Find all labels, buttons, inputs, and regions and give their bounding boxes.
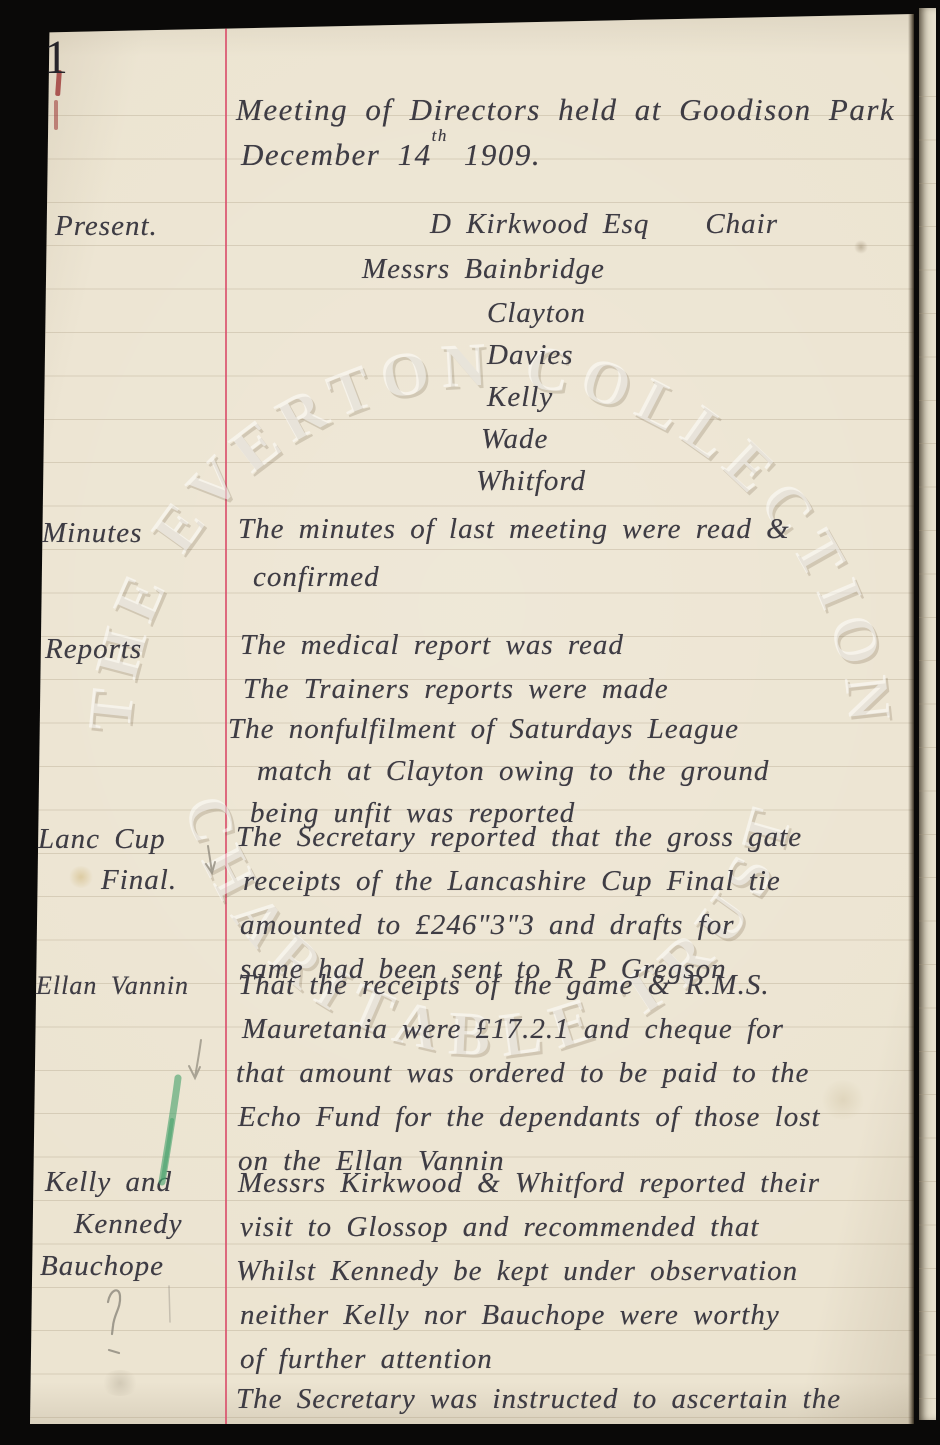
kelly-kennedy-body-line: neither Kelly nor Bauchope were worthy xyxy=(240,1299,780,1332)
kelly-kennedy-body-line: of further attention xyxy=(240,1343,493,1376)
attendee-row: Kelly xyxy=(487,381,553,414)
kelly-kennedy-body-line: Messrs Kirkwood & Whitford reported thei… xyxy=(238,1167,820,1200)
kelly-kennedy-body-line: Whilst Kennedy be kept under observation xyxy=(236,1255,798,1288)
margin-label-ellan-vannin: Ellan Vannin xyxy=(36,971,189,1001)
lanc-cup-body-line: amounted to £246"3"3 and drafts for xyxy=(240,909,735,942)
date-year: 1909. xyxy=(464,137,541,172)
next-page-edge xyxy=(919,8,936,1420)
attendee-row: Whitford xyxy=(476,465,586,498)
page-right-edge xyxy=(908,14,914,1424)
minutes-body-line: The minutes of last meeting were read & xyxy=(238,513,790,546)
reports-body-line: The Trainers reports were made xyxy=(243,673,669,706)
margin-label-final: Final. xyxy=(101,864,177,897)
margin-label-present: Present. xyxy=(55,210,158,243)
chairman-name: D Kirkwood Esq xyxy=(430,208,649,240)
ellan-vannin-body-line: Echo Fund for the dependants of those lo… xyxy=(238,1101,821,1134)
next-page-ruled-lines xyxy=(919,96,936,1414)
date-ordinal: th xyxy=(432,126,448,145)
margin-label-kennedy: Kennedy xyxy=(74,1208,182,1241)
date-day: December 14 xyxy=(241,137,432,172)
reports-body-line: The nonfulfilment of Saturdays League xyxy=(228,713,739,746)
meeting-date-line: December 14th1909. xyxy=(241,137,541,173)
binding-mark xyxy=(54,100,58,130)
meeting-title-line: Meeting of Directors held at Goodison Pa… xyxy=(236,92,895,128)
attendee-chairman: D Kirkwood EsqChair xyxy=(430,208,778,241)
reports-body-line: match at Clayton owing to the ground xyxy=(257,755,769,788)
attendee-row: Clayton xyxy=(487,297,586,330)
kelly-kennedy-body-line: The Secretary was instructed to ascertai… xyxy=(236,1383,841,1416)
attendee-row: Davies xyxy=(487,339,574,372)
chairman-role: Chair xyxy=(705,208,778,240)
reports-body-line: The medical report was read xyxy=(240,629,624,662)
ellan-vannin-body-line: that amount was ordered to be paid to th… xyxy=(236,1057,809,1090)
red-margin-line xyxy=(225,14,227,1424)
lanc-cup-body-line: receipts of the Lancashire Cup Final tie xyxy=(243,865,781,898)
attendee-row: Wade xyxy=(481,423,548,456)
ellan-vannin-body-line: That the receipts of the game & R.M.S. xyxy=(238,969,770,1002)
margin-label-bauchope: Bauchope xyxy=(40,1250,164,1283)
minutes-body-line: confirmed xyxy=(253,561,380,594)
kelly-kennedy-body-line: visit to Glossop and recommended that xyxy=(240,1211,759,1244)
page-number: 1 xyxy=(44,30,68,85)
margin-label-lanc-cup: Lanc Cup xyxy=(38,823,166,856)
ellan-vannin-body-line: Mauretania were £17.2.1 and cheque for xyxy=(242,1013,784,1046)
minute-book-scan: THE EVERTON COLLECTION CHARITABLE TRUST … xyxy=(0,0,940,1445)
lanc-cup-body-line: The Secretary reported that the gross ga… xyxy=(236,821,802,854)
attendee-row: Messrs Bainbridge xyxy=(362,253,605,286)
margin-label-minutes: Minutes xyxy=(42,517,142,550)
margin-label-reports: Reports xyxy=(45,633,142,666)
margin-label-kelly-and: Kelly and xyxy=(45,1166,172,1199)
